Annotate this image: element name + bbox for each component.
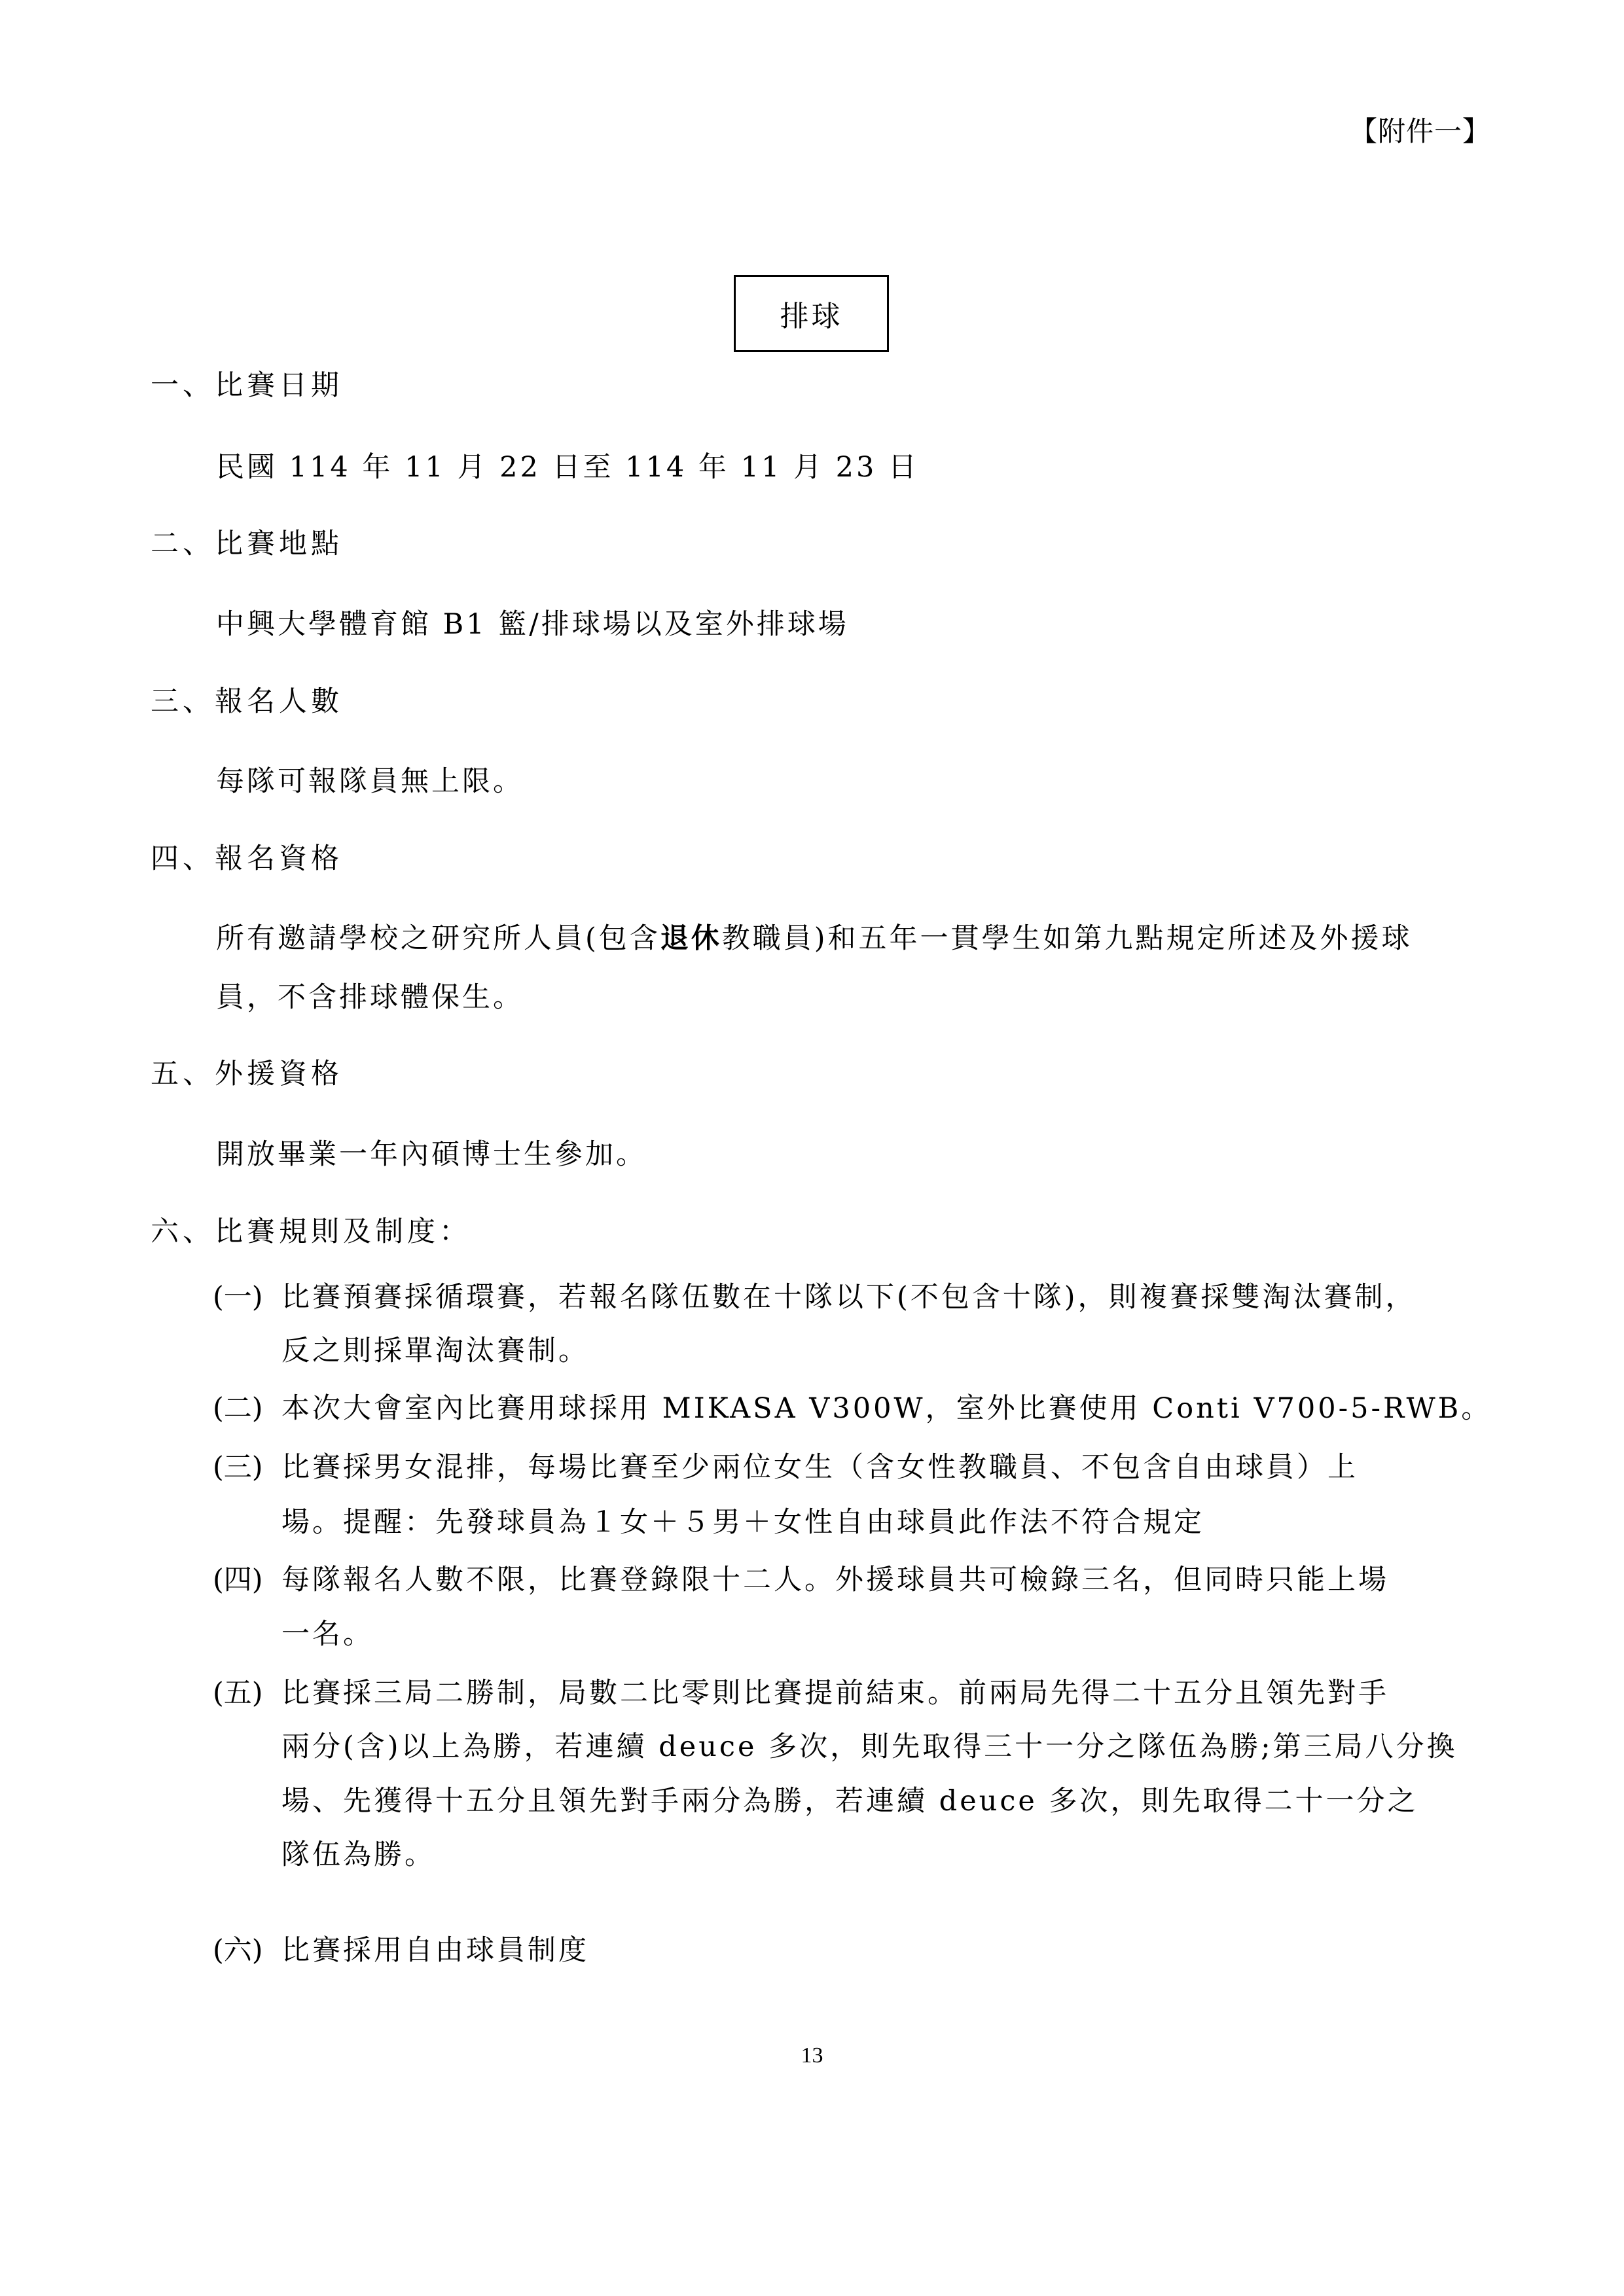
rule-item-label-5: (五) [213,1671,263,1711]
document-title: 排球 [780,293,843,334]
annex-label: 【附件一】 [1350,110,1490,149]
rule-item-label-6: (六) [213,1928,263,1968]
rule-item-5-line2: 兩分(含)以上為勝，若連續 deuce 多次，則先取得三十一分之隊伍為勝;第三局… [281,1725,1458,1765]
rule-item-4-line2: 一名。 [281,1612,374,1652]
section-heading-date: 一、比賽日期 [151,363,343,403]
section-heading-team-size: 三、報名人數 [151,679,343,719]
page-number: 13 [0,2043,1624,2068]
rule-item-6-line1: 比賽採用自由球員制度 [281,1928,589,1968]
rule-item-3-line1: 比賽採男女混排，每場比賽至少兩位女生（含女性教職員、不包含自由球員）上 [281,1445,1358,1485]
section-body-venue: 中興大學體育館 B1 籃/排球場以及室外排球場 [216,602,849,642]
rule-item-1-line2: 反之則採單淘汰賽制。 [281,1329,589,1369]
rule-item-1-line1: 比賽預賽採循環賽，若報名隊伍數在十隊以下(不包含十隊)，則複賽採雙淘汰賽制， [281,1275,1416,1315]
section-heading-eligibility: 四、報名資格 [151,836,343,876]
eligibility-text-bold: 退休 [660,922,722,955]
section-body-date: 民國 114 年 11 月 22 日至 114 年 11 月 23 日 [216,445,919,485]
section-body-eligibility-line1: 所有邀請學校之研究所人員(包含退休教職員)和五年一貫學生如第九點規定所述及外援球 [216,916,1413,956]
eligibility-text-pre: 所有邀請學校之研究所人員(包含 [216,922,660,955]
rule-item-label-3: (三) [213,1445,263,1485]
rule-item-3-line2: 場。提醒：先發球員為１女＋５男＋女性自由球員此作法不符合規定 [281,1500,1204,1540]
rule-item-2-line1: 本次大會室內比賽用球採用 MIKASA V300W，室外比賽使用 Conti V… [281,1386,1492,1426]
rule-item-5-line3: 場、先獲得十五分且領先對手兩分為勝，若連續 deuce 多次，則先取得二十一分之 [281,1779,1418,1819]
section-body-external-players: 開放畢業一年內碩博士生參加。 [216,1132,647,1172]
rule-item-4-line1: 每隊報名人數不限，比賽登錄限十二人。外援球員共可檢錄三名，但同時只能上場 [281,1558,1389,1598]
rule-item-5-line1: 比賽採三局二勝制，局數二比零則比賽提前結束。前兩局先得二十五分且領先對手 [281,1671,1389,1711]
rule-item-5-line4: 隊伍為勝。 [281,1833,435,1873]
section-body-team-size: 每隊可報隊員無上限。 [216,759,524,799]
section-heading-external-players: 五、外援資格 [151,1052,343,1092]
eligibility-text-post: 教職員)和五年一貫學生如第九點規定所述及外援球 [722,922,1413,955]
section-body-eligibility-line2: 員，不含排球體保生。 [216,975,524,1015]
section-heading-rules: 六、比賽規則及制度： [151,1210,471,1249]
rule-item-label-4: (四) [213,1558,263,1598]
rule-item-label-2: (二) [213,1386,263,1426]
document-title-box: 排球 [734,275,889,352]
section-heading-venue: 二、比賽地點 [151,522,343,562]
rule-item-label-1: (一) [213,1275,263,1315]
